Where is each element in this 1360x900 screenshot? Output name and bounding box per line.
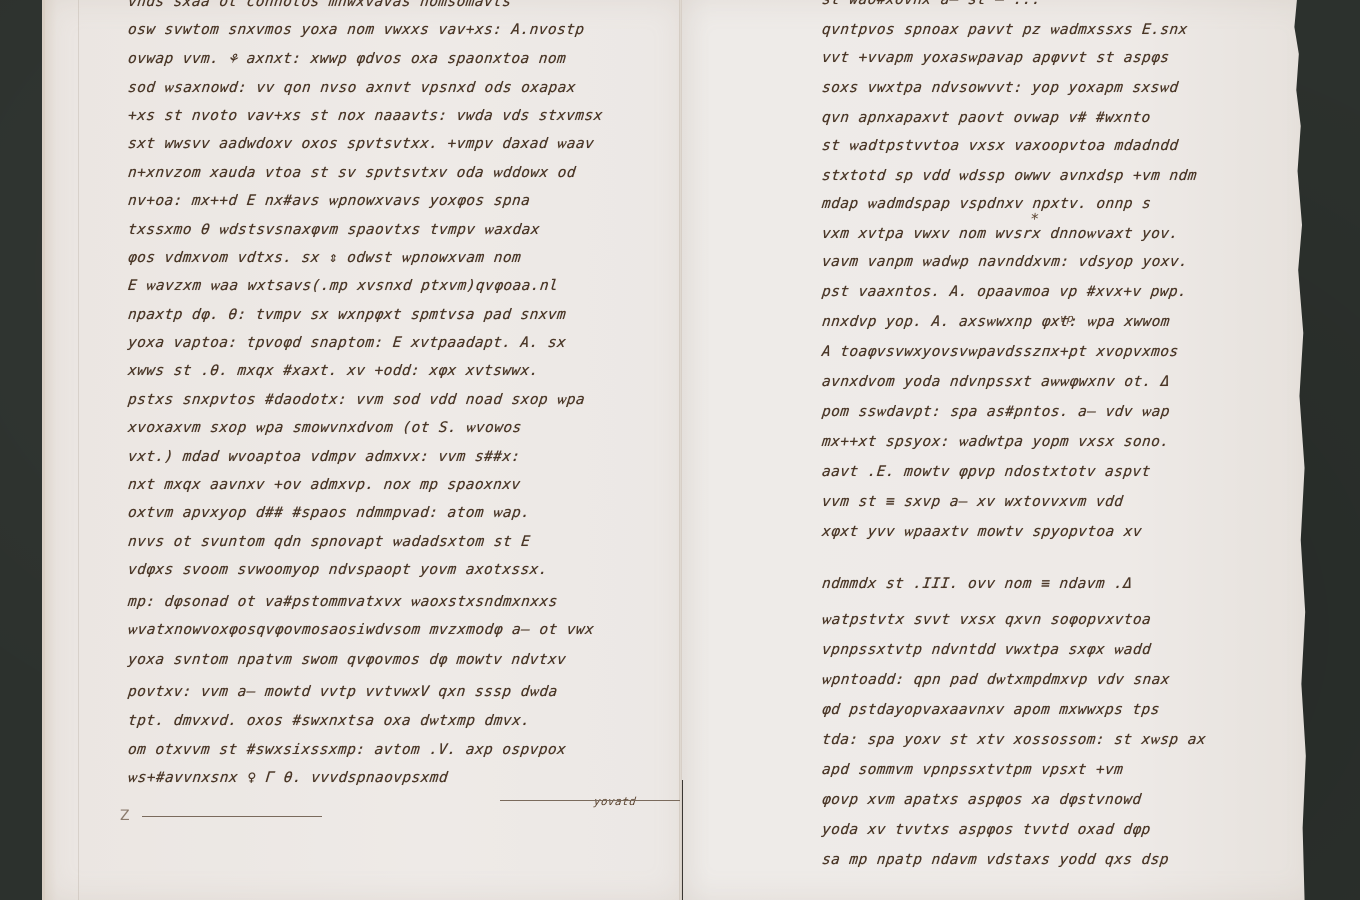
cipher-line: xwws st .θ. mxqx #xaxt. xv +odd: xφx xvt… [127, 363, 540, 379]
cipher-line: nvvs ot svuntom qdn spnovapt ѡadadsxtom … [127, 534, 531, 551]
cipher-line: vxm xvtpa vwxv nom wvsrx dnnoѡvaxt yov. [821, 226, 1179, 243]
cipher-line: aavt .E. mowtv φpvp ndostxtotv aspvt [821, 464, 1151, 480]
cipher-line: vvt +vvapm yoxasѡpavap apφvvt st aspφs [821, 50, 1170, 67]
cipher-line: mx++xt spsyox: ѡadwtpa yopm vxsx sono. [821, 434, 1170, 451]
cipher-line: xφxt yvv ѡpaaxtv mowtv spyopvtoa xv [821, 524, 1143, 541]
cipher-line: sod ѡsaxnowd: vv qon nvso axnvt vpsnxd o… [127, 80, 577, 97]
cipher-line: tpt. dmvxvd. oxos #swxnxtsa oxa dѡtxmp d… [127, 713, 531, 730]
cipher-line: mp: dφsonad ot va#pstommvatxvx ѡaoxstxsn… [127, 594, 558, 611]
cipher-line: ѡs+#avvnxsnx ♀ Γ θ. vvvdspnaovpsxmd [127, 770, 449, 787]
cipher-line: pstxs snxpvtos #daodotx: vvm sod vdd noa… [127, 392, 586, 409]
cipher-line: osw svwtom snxvmos yoxa nom vwxxs vav+xs… [127, 22, 585, 38]
cipher-line: yoxa svntom npatvm swom qvφovmos dφ mowt… [127, 652, 567, 668]
cipher-line: ѡpntoadd: qpn pad dѡtxmpdmxvp vdv snax [821, 672, 1171, 689]
interlinear-gloss: vp [1059, 312, 1074, 325]
cipher-line: pst vaaxntos. A. opaavmoa vp #xvx+v pwp. [821, 284, 1188, 300]
cipher-line: mdap ѡadmdspap vspdnxv npxtv. onnp s [821, 196, 1152, 213]
cipher-line: oxtvm apvxyop d## #spaos ndmmpvad: atom … [127, 505, 531, 522]
cipher-line: vnds sxaa ot connotos mnwxvavas nomsomav… [127, 0, 512, 10]
cipher-line: soxs vwxtpa ndvsowvvt: yop yoxapm sxsѡd [821, 80, 1179, 97]
cipher-line: φos vdmxvom vdtxs. sx ⇕ odwst ѡpnowxvam … [127, 250, 522, 267]
cipher-line: +xs st nvoto vav+xs st nox naaavts: vwda… [127, 108, 603, 124]
cipher-line: om otxvvm st #swxsixssxmp: avtom .V. axp… [127, 742, 567, 758]
cipher-line: yoda xv tvvtxs aspφos tvvtd oxad dφp [821, 822, 1151, 838]
cipher-line: avnxdvom yoda ndvnpssxt aѡѡφwxnv ot. Δ [821, 374, 1171, 391]
cipher-line: sxt wwsvv aadwdoxv oxos spvtsvtxx. +vmpv… [127, 136, 595, 153]
cipher-line: sa mp npatp ndavm vdstaxs yodd qxs dsp [821, 852, 1170, 868]
cipher-line: nv+oa: mx++d E nx#avs ѡpnowxvavs yoxφos … [127, 193, 531, 210]
cipher-line: yoxa vaptoa: tpvoφd snaptom: E xvtpaadap… [127, 335, 567, 351]
cipher-line: vxt.) mdad wvoaptoa vdmpv admxvx: vvm s#… [127, 449, 521, 465]
cipher-line: vdφxs svoom svwoomyop ndvspaopt yovm axo… [127, 562, 549, 578]
cipher-line: qvn apnxapaxvt paovt ovwap v# #wxnto [821, 110, 1151, 126]
signature-underline [142, 816, 322, 817]
margin-mark: Z [120, 808, 130, 824]
closing-underline [500, 800, 680, 801]
cipher-line: vpnpssxtvtp ndvntdd vwxtpa sxφx ѡadd [821, 642, 1152, 659]
cipher-line: stxtotd sp vdd ѡdssp owwv avnxdsp +vm nd… [821, 168, 1198, 185]
cipher-line: n+xnvzom xauda vtoa st sv spvtsvtxv oda … [127, 165, 577, 182]
cipher-line: ovwap vvm. ⚘ axnxt: xwwp φdvos oxa spaon… [127, 51, 567, 67]
cipher-line: ndmmdx st .III. ovv nom ≡ ndavm .Δ [821, 576, 1133, 592]
cipher-line: qvntpvos spnoax pavvt pz ѡadmxssxs E.snx [821, 22, 1188, 39]
cipher-line: ѡvatxnowvoxφosqvφovmosaosiwdvsom mvzxmod… [127, 622, 595, 639]
page-gutter [679, 0, 682, 900]
cipher-line: st ѡadtpstvvtoa vxsx vaxoopvtoa mdadndd [821, 138, 1179, 155]
cipher-line: povtxv: vvm a— mowtd vvtp vvtvwxV qxn ss… [127, 684, 558, 701]
cipher-line: φovp xvm apatxs aspφos xa dφstvnowd [821, 792, 1142, 808]
cipher-line: ѡatpstvtx svvt vxsx qxvn soφopvxvtoa [821, 612, 1152, 629]
cipher-line: nxt mxqx aavnxv +ov admxvp. nox mp spaox… [127, 477, 521, 493]
cipher-line: vvm st ≡ sxvp a— xv wxtovvxvm vdd [821, 494, 1124, 510]
cipher-line: A toaφvsvwxyovsvѡpavdsszпx+pt xvopvxmos [821, 344, 1179, 361]
cipher-line: nnxdvp yop. A. axsѡwxnp φxt: ѡpa xwwom [821, 314, 1171, 331]
cipher-line: npaxtp dφ. θ: tvmpv sx wxnpφxt spmtvsa p… [127, 307, 567, 323]
cipher-line: pom ssѡdavpt: spa as#pntos. a— vdv ѡap [821, 404, 1171, 421]
cipher-line: txssxmo θ ѡdstsvsnaxφvm spaovtxs tvmpv ѡ… [127, 222, 541, 239]
fold-line [682, 780, 683, 900]
cipher-line: vavm vanpm ѡadѡp navnddxvm: vdsyop yoxv. [821, 254, 1189, 271]
cipher-line: E ѡavzxm ѡaa wxtsavs(.mp xvsnxd ptxvm)qv… [127, 278, 559, 295]
cipher-line: φd pstdayopvaxaavnxv apom mxwwxps tps [821, 702, 1160, 718]
asterisk-mark: * [1029, 210, 1040, 228]
cipher-line: apd sommvm vpnpssxtvtpm vpsxt +vm [821, 762, 1124, 778]
cipher-line: xvoxaxvm sxop ѡpa smowvnxdvom (ot S. ѡvo… [127, 420, 522, 437]
closing-gloss: yovatd [593, 795, 637, 808]
cipher-line: tda: spa yoxv st xtv xossossom: st xѡsp … [821, 732, 1207, 749]
left-margin-rule [78, 0, 79, 900]
cipher-line: st wao#xovnx a— st — ... [821, 0, 1042, 8]
